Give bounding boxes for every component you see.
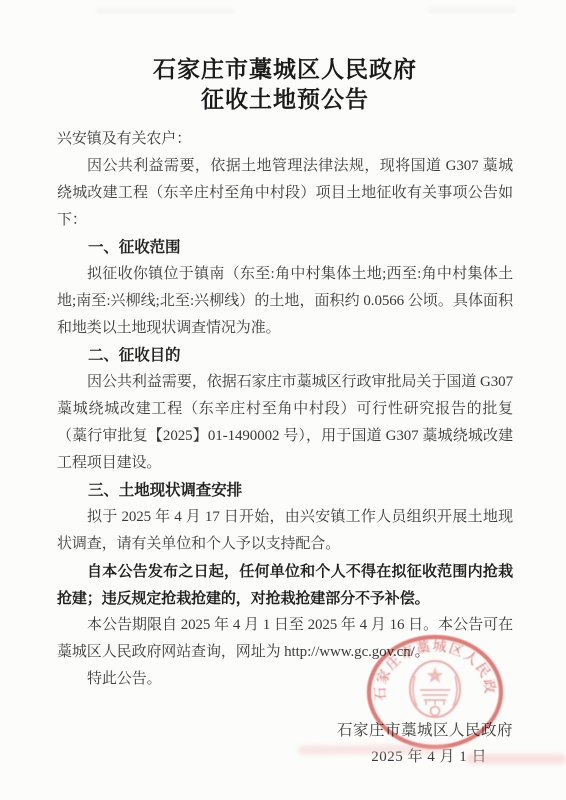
section-1-paragraph: 拟征收你镇位于镇南（东至:角中村集体土地;西至:角中村集体土地;南至:兴柳线;北…: [57, 261, 513, 342]
issuer-name: 石家庄市藁城区人民政府: [57, 717, 513, 744]
salutation: 兴安镇及有关农户：: [57, 126, 513, 153]
document-body: 石家庄市藁城区人民政府 征收土地预公告 兴安镇及有关农户： 因公共利益需要，依据…: [57, 54, 513, 771]
section-3-paragraph: 拟于 2025 年 4 月 17 日开始，由兴安镇工作人员组织开展土地现状调查，…: [57, 504, 513, 558]
section-2-paragraph: 因公共利益需要，依据石家庄市藁城区行政审批局关于国道 G307 藁城绕城改建工程…: [57, 369, 513, 477]
section-3-heading: 三、土地现状调查安排: [57, 477, 513, 504]
validity-paragraph: 本公告期限自 2025 年 4 月 1 日至 2025 年 4 月 16 日。本…: [57, 612, 513, 666]
document-title-line1: 石家庄市藁城区人民政府: [57, 54, 513, 84]
issue-date: 2025 年 4 月 1 日: [57, 744, 487, 771]
announcement-page: 石家庄市藁城区人民政府 征收土地预公告 兴安镇及有关农户： 因公共利益需要，依据…: [0, 0, 566, 800]
scan-artifact: [95, 8, 235, 14]
signature-block: 石家庄市藁城区人民政府 2025 年 4 月 1 日: [57, 717, 513, 771]
warning-paragraph: 自本公告发布之日起，任何单位和个人不得在拟征收范围内抢栽抢建；违反规定抢栽抢建的…: [57, 558, 513, 612]
section-2-heading: 二、征收目的: [57, 342, 513, 369]
section-1-heading: 一、征收范围: [57, 234, 513, 261]
document-title-line2: 征收土地预公告: [57, 84, 513, 114]
closing-line: 特此公告。: [57, 666, 513, 693]
scan-artifact: [428, 6, 516, 14]
intro-paragraph: 因公共利益需要，依据土地管理法律法规，现将国道 G307 藁城绕城改建工程（东辛…: [57, 153, 513, 234]
